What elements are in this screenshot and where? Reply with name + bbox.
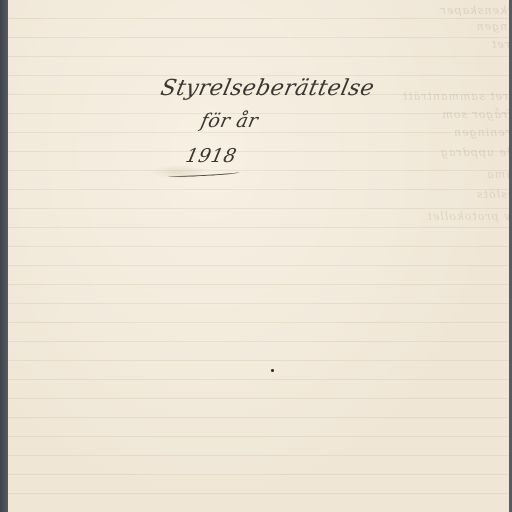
scan-edge-left <box>0 0 8 512</box>
document-page: Hälsningsord och räkenskaper till medlem… <box>8 0 509 512</box>
document-title: Styrelseberättelse <box>158 76 376 101</box>
document-year: 1918 <box>184 145 239 167</box>
title-block: Styrelseberättelse för år 1918 <box>8 0 509 512</box>
ink-smudge <box>148 165 208 179</box>
document-subtitle: för år <box>199 110 261 132</box>
ink-dot <box>271 369 274 372</box>
